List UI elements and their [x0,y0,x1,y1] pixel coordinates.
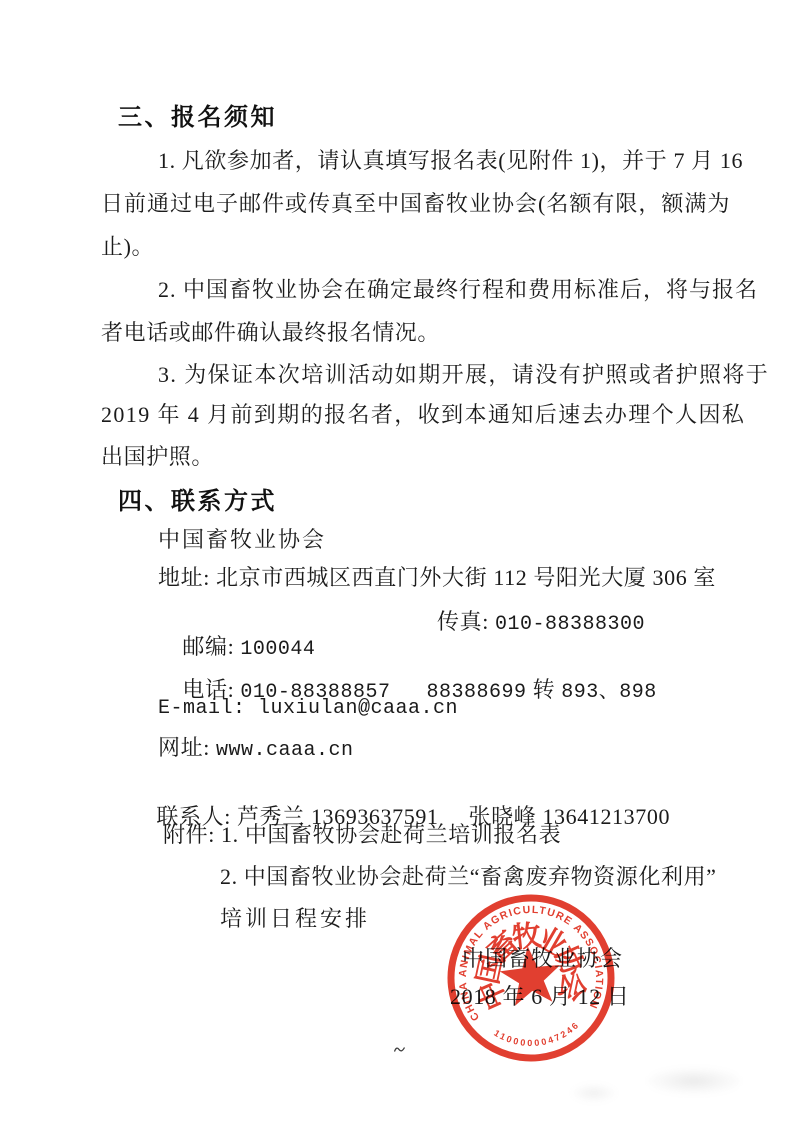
seal-graphic: CHINA ANIMAL AGRICULTURE ASSOCIATION 110… [432,879,630,1077]
phone-ext-value: 893、898 [561,681,657,704]
paragraph2-line2: 者电话或邮件确认最终报名情况。 [101,320,440,345]
scan-smudge [572,1084,616,1102]
address-label: 地址: [158,565,216,590]
address-line: 地址: 北京市西城区西直门外大街 112 号阳光大厦 306 室 [158,565,716,590]
section4-heading: 四、联系方式 [118,488,277,516]
email-value: luxiulan@caaa.cn [258,697,458,720]
organization-name: 中国畜牧业协会 [158,527,326,552]
attachments-line3: 培训日程安排 [220,906,370,931]
paragraph3-line3: 出国护照。 [101,444,214,469]
official-seal-stamp: CHINA ANIMAL AGRICULTURE ASSOCIATION 110… [432,879,630,1077]
website-value: www.caaa.cn [216,739,354,762]
paragraph2-line1: 2. 中国畜牧业协会在确定最终行程和费用标准后，将与报名 [158,277,758,302]
website-label: 网址: [158,735,216,760]
email-label: E-mail: [158,697,258,720]
address-value: 北京市西城区西直门外大街 112 号阳光大厦 306 室 [216,565,716,590]
paragraph1-line2: 日前通过电子邮件或传真至中国畜牧业协会(名额有限，额满为 [101,191,730,216]
paragraph3-line1: 3. 为保证本次培训活动如期开展，请没有护照或者护照将于 [158,362,769,387]
website-line: 网址: www.caaa.cn [158,735,354,762]
paragraph1-line3: 止)。 [101,234,154,259]
document-page: 三、报名须知 1. 凡欲参加者，请认真填写报名表(见附件 1)，并于 7 月 1… [0,0,800,1138]
attachment-item1: 1. 中国畜牧协会赴荷兰培训报名表 [221,822,561,847]
attachments-label: 附件: [163,822,221,847]
paragraph1-line1: 1. 凡欲参加者，请认真填写报名表(见附件 1)，并于 7 月 16 [158,148,743,173]
phone-ext-conjunction: 转 [526,677,561,702]
fax-block: 传真: 010-88388300 [437,609,645,636]
contact2-phone: 13641213700 [542,804,670,829]
pen-mark [394,1045,406,1054]
attachments-line1: 附件: 1. 中国畜牧协会赴荷兰培训报名表 [163,822,561,847]
fax-label: 传真: [437,609,495,634]
section3-heading: 三、报名须知 [118,104,277,132]
seal-char: 会 [552,969,590,1004]
fax-value: 010-88388300 [495,613,645,636]
email-line: E-mail: luxiulan@caaa.cn [158,697,458,720]
attachments-line2: 2. 中国畜牧业协会赴荷兰“畜禽废弃物资源化利用” [220,864,717,889]
paragraph3-line2: 2019 年 4 月前到期的报名者，收到本通知后速去办理个人因私 [101,402,745,427]
scan-smudge [648,1068,740,1094]
